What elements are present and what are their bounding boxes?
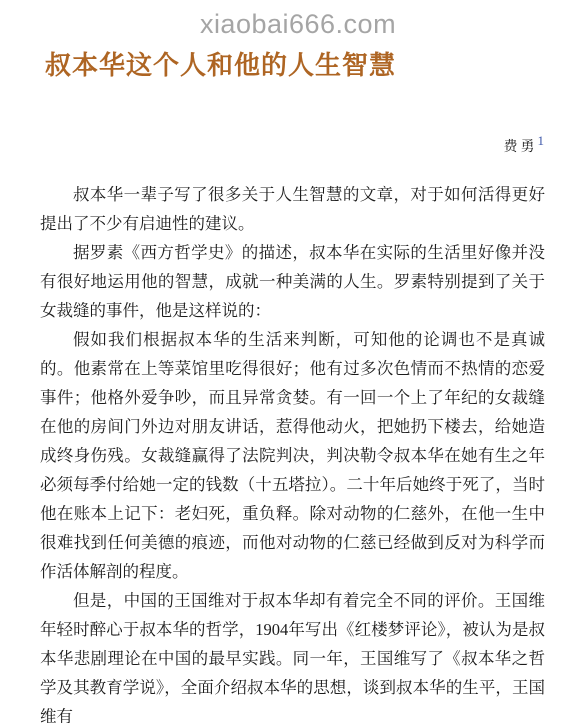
author-name: 费勇 [504,140,538,155]
footnote-ref-link[interactable]: 1 [538,130,545,152]
paragraph-russell-quote: 假如我们根据叔本华的生活来判断，可知他的论调也不是真诚的。他素常在上等菜馆里吃得… [40,325,545,586]
paragraph-intro: 叔本华一辈子写了很多关于人生智慧的文章，对于如何活得更好提出了不少有启迪性的建议… [40,180,545,238]
article-title: 叔本华这个人和他的人生智慧 [45,49,396,81]
author-line: 费勇1 [504,136,545,159]
article-body: 叔本华一辈子写了很多关于人生智慧的文章，对于如何活得更好提出了不少有启迪性的建议… [40,180,545,723]
watermark: xiaobai666.com [200,9,396,40]
document-page: xiaobai666.com 叔本华这个人和他的人生智慧 费勇1 叔本华一辈子写… [0,0,588,723]
paragraph-wangguowei: 但是，中国的王国维对于叔本华却有着完全不同的评价。王国维年轻时醉心于叔本华的哲学… [40,586,545,723]
paragraph-russell-intro: 据罗素《西方哲学史》的描述，叔本华在实际的生活里好像并没有很好地运用他的智慧，成… [40,238,545,325]
